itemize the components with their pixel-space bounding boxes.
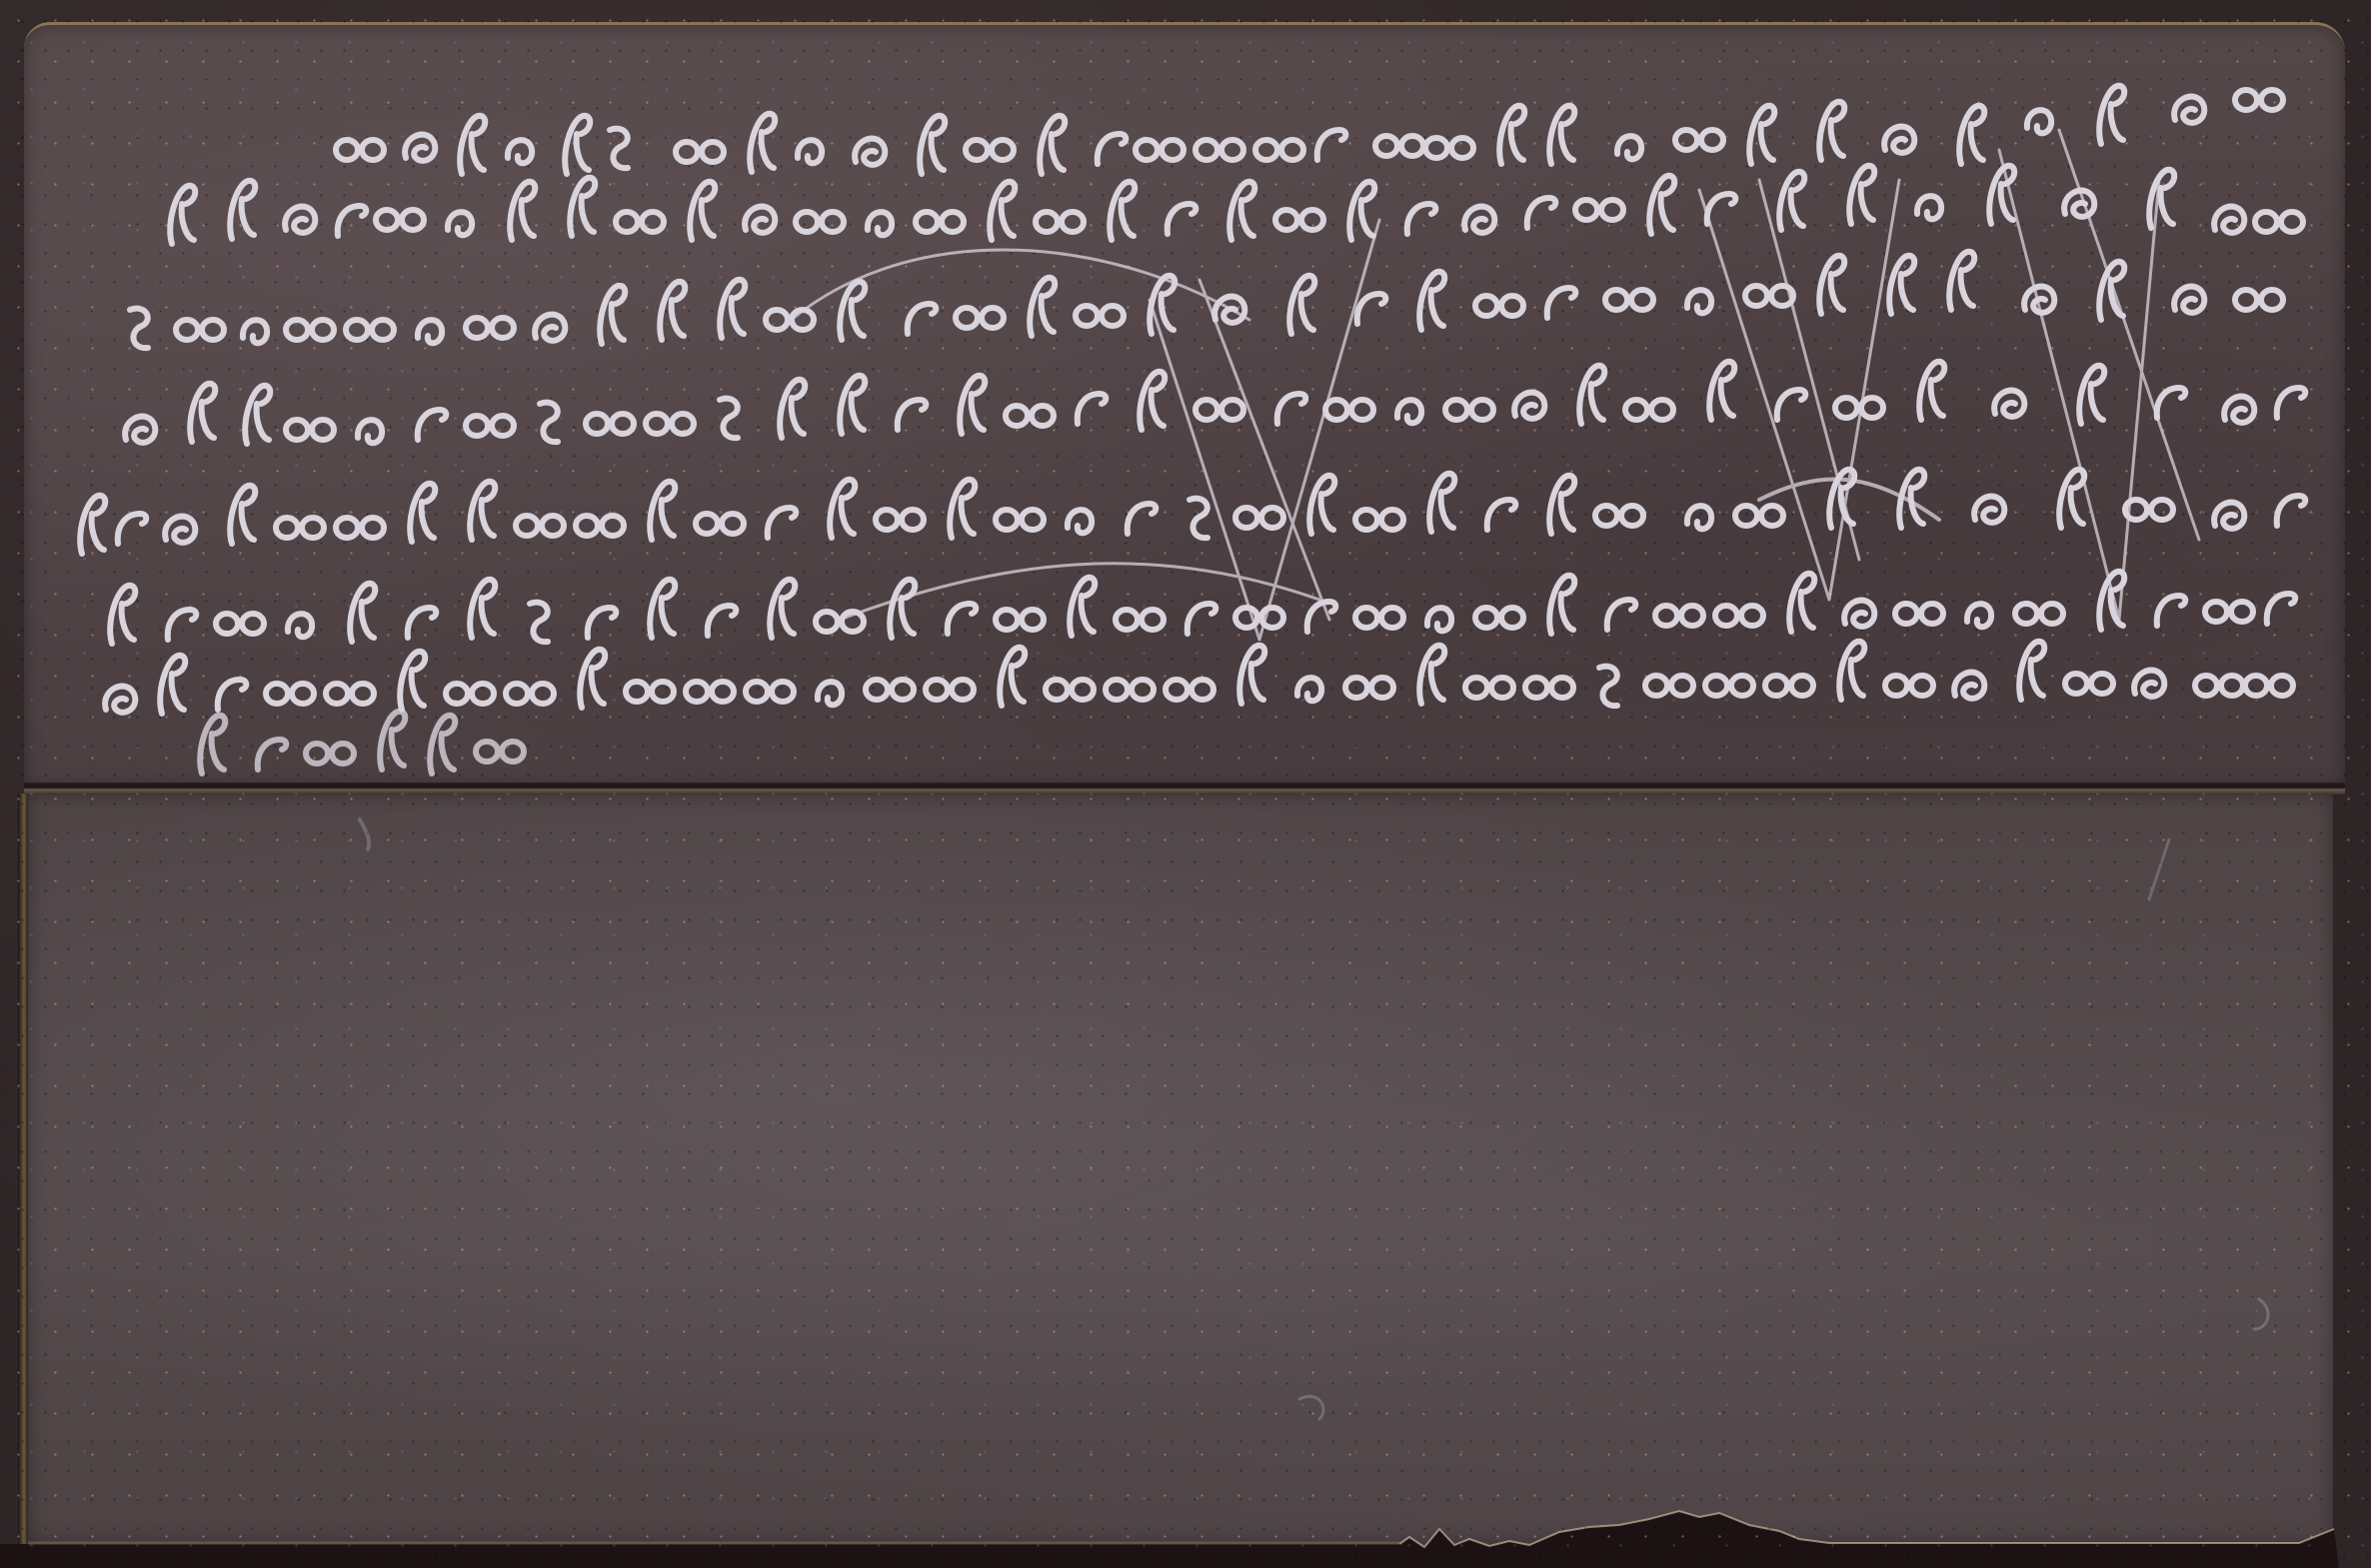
torn-bottom-edge: [0, 1499, 2371, 1568]
upper-page-panel: [24, 22, 2345, 787]
left-binding-edge: [18, 793, 28, 1545]
page-fold-crease: [24, 783, 2345, 794]
lower-page-panel: [28, 793, 2333, 1545]
manuscript-photo: Folded manuscript leaf with white chalk …: [0, 0, 2371, 1568]
